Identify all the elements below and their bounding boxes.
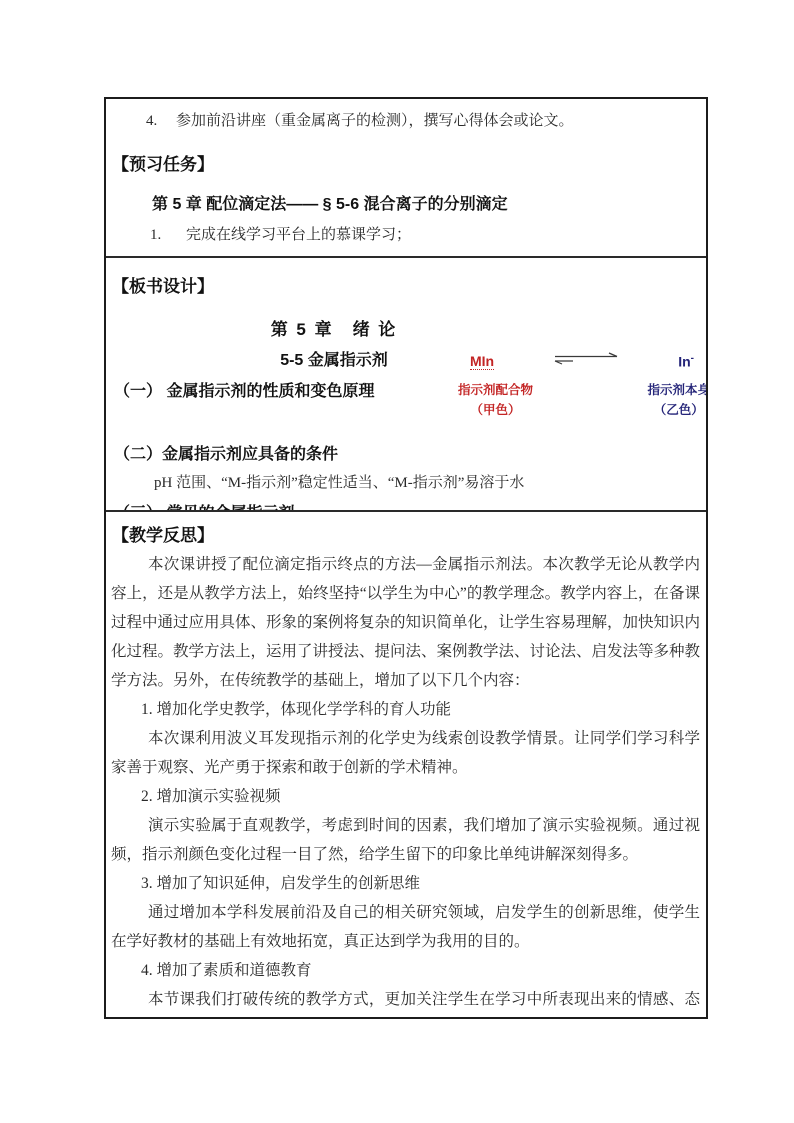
board-design-heading: 【板书设计】 [106,272,706,297]
complex-formula: MIn [470,353,494,370]
reflection-paragraph: 本次课讲授了配位滴定指示终点的方法—金属指示剂法。本次教学无论从教学内容上，还是… [111,550,700,695]
lesson-plan-table: 4.参加前沿讲座（重金属离子的检测），撰写心得体会或论文。 【预习任务】 第 5… [104,97,708,1019]
free-indicator-label-color: （乙色） [647,400,706,420]
reflection-paragraph: 本节课我们打破传统的教学方式，更加关注学生在学习中所表现出来的情感、态度、价值观… [111,985,700,1017]
item-number: 4. [146,113,176,130]
reflection-paragraph: 演示实验属于直观教学，考虑到时间的因素，我们增加了演示实验视频。通过视频，指示剂… [111,811,700,869]
board-point-3: （三） 常见的金属指示剂 [114,500,706,510]
task-item-1: 1.完成在线学习平台上的慕课学习； [150,223,706,244]
reflection-paragraph: 本次课利用波义耳发现指示剂的化学史为线索创设教学情景。让同学们学习科学家善于观察… [111,724,700,782]
equilibrium-equation: MIn In- [458,352,706,371]
teaching-reflection-heading: 【教学反思】 [106,521,706,546]
free-indicator-label: 指示剂本身 （乙色） [647,380,706,420]
board-point-2: （二）金属指示剂应具备的条件 [114,441,706,464]
equilibrium-labels: 指示剂配合物 （甲色） 指示剂本身 （乙色） [458,380,706,420]
teaching-reflection-body: 本次课讲授了配位滴定指示终点的方法—金属指示剂法。本次教学无论从教学内容上，还是… [106,546,706,1017]
chapter-title-line: 第 5 章 配位滴定法—— § 5-6 混合离子的分别滴定 [152,191,706,214]
equilibrium-arrow-icon [547,352,625,371]
complex-label-name: 指示剂配合物 [458,380,533,400]
board-chapter-title: 第 5 章 绪 论 [106,315,562,340]
indicator-equilibrium-diagram: MIn In- 指示剂配合物 （甲色） 指示剂本身 [458,352,706,420]
reflection-item: 4. 增加了素质和道德教育 [111,956,700,985]
board-design-section: 【板书设计】 第 5 章 绪 论 5-5 金属指示剂 （一） 金属指示剂的性质和… [106,256,706,510]
preview-tasks-heading: 【预习任务】 [106,150,706,175]
reflection-item: 3. 增加了知识延伸，启发学生的创新思维 [111,869,700,898]
free-indicator-label-name: 指示剂本身 [647,380,706,400]
charge-superscript: - [691,353,694,364]
activity-item-4: 4.参加前沿讲座（重金属离子的检测），撰写心得体会或论文。 [146,109,706,130]
reflection-item: 1. 增加化学史教学，体现化学学科的育人功能 [111,695,700,724]
preview-tasks-section: 4.参加前沿讲座（重金属离子的检测），撰写心得体会或论文。 【预习任务】 第 5… [106,99,706,256]
complex-label: 指示剂配合物 （甲色） [458,380,533,420]
board-point-2-detail: pH 范围、“M-指示剂”稳定性适当、“M-指示剂”易溶于水 [154,471,706,492]
document-page: { "colors": { "red": "#c32424", "blue": … [0,0,794,1123]
reflection-paragraph: 通过增加本学科发展前沿及自己的相关研究领域，启发学生的创新思维，使学生在学好教材… [111,898,700,956]
item-text: 完成在线学习平台上的慕课学习； [186,227,411,243]
reflection-item: 2. 增加演示实验视频 [111,782,700,811]
free-indicator-formula: In- [678,353,694,370]
item-text: 参加前沿讲座（重金属离子的检测），撰写心得体会或论文。 [176,113,574,129]
complex-label-color: （甲色） [458,400,533,420]
item-number: 1. [150,227,186,244]
teaching-reflection-section: 【教学反思】 本次课讲授了配位滴定指示终点的方法—金属指示剂法。本次教学无论从教… [106,510,706,1017]
